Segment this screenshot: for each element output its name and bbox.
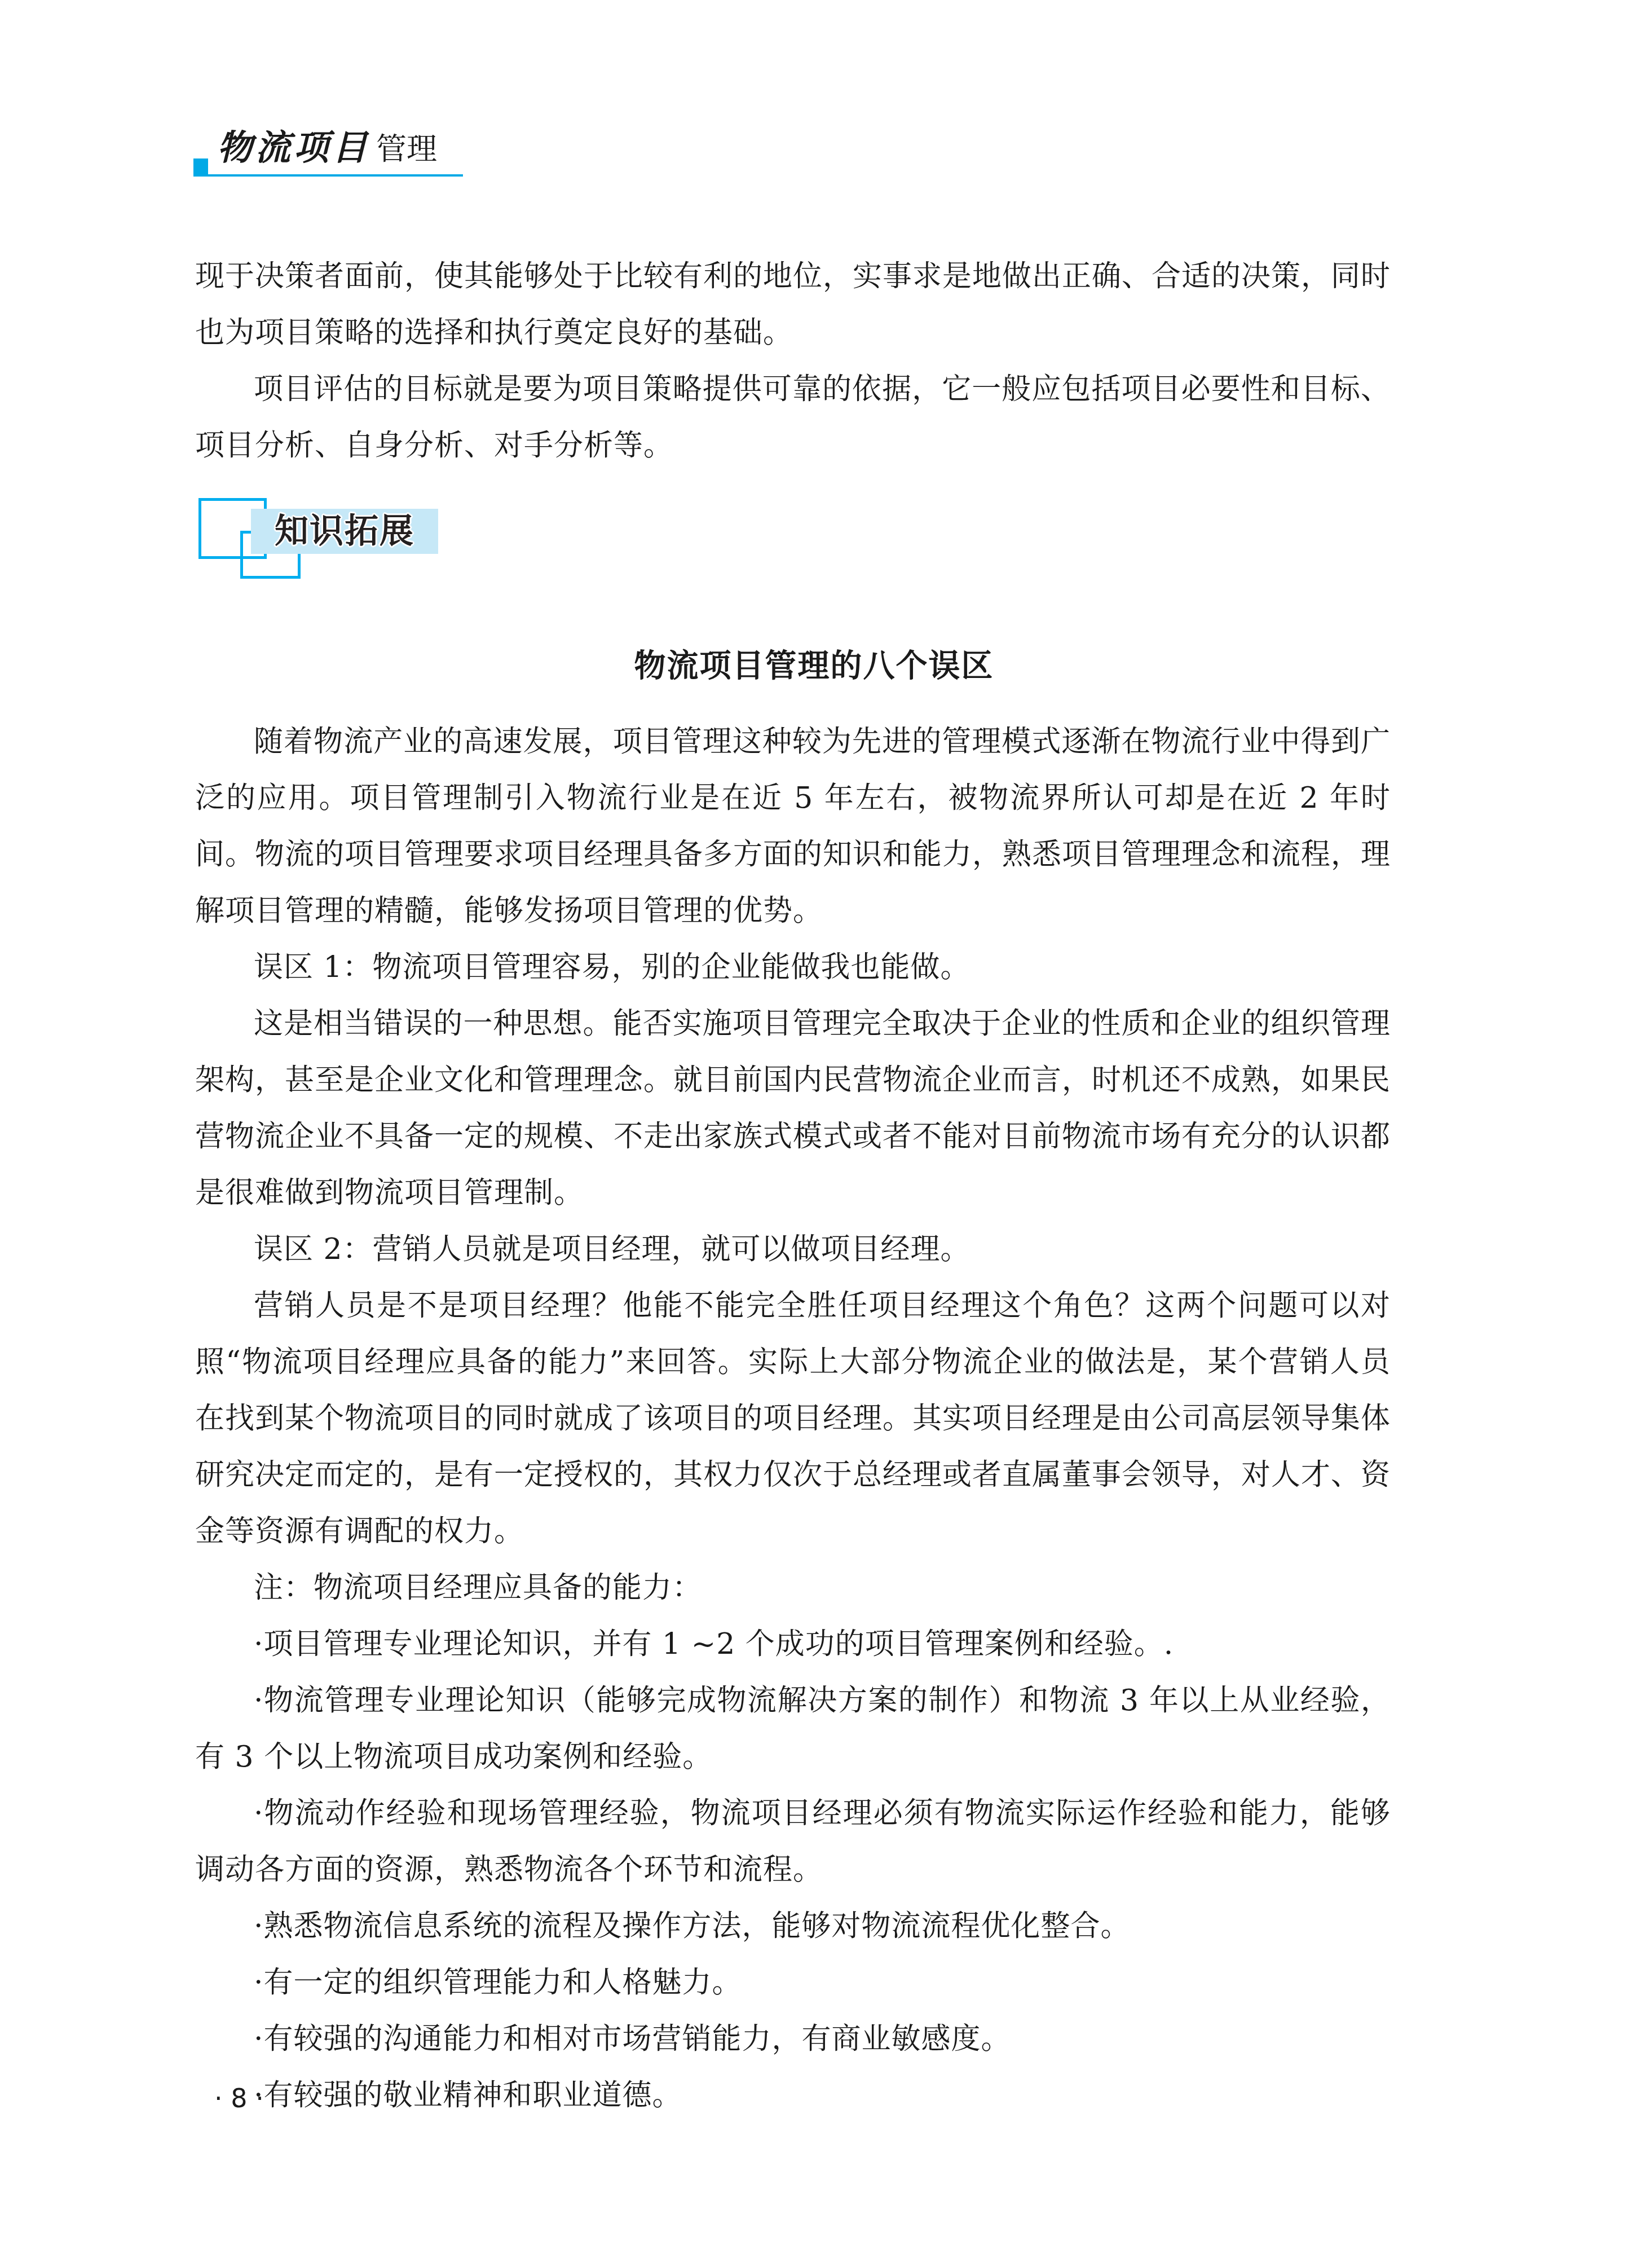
book-title: 物流项目管理: [217, 125, 437, 172]
intro-section: 现于决策者面前，使其能够处于比较有利的地位，实事求是地做出正确、合适的决策，同时…: [195, 248, 1391, 474]
ability-item: ·物流动作经验和现场管理经验，物流项目经理必须有物流实际运作经验和能力，能够调动…: [195, 1785, 1391, 1898]
book-title-plain: 管理: [376, 131, 437, 167]
ability-item: ·熟悉物流信息系统的流程及操作方法，能够对物流流程优化整合。: [195, 1898, 1391, 1954]
running-header: 物流项目管理: [193, 124, 464, 178]
knowledge-extension-badge: 知识拓展: [198, 498, 447, 580]
article-paragraph: 这是相当错误的一种思想。能否实施项目管理完全取决于企业的性质和企业的组织管理架构…: [195, 996, 1391, 1221]
ability-item: ·有较强的沟通能力和相对市场营销能力，有商业敏感度。: [195, 2011, 1391, 2067]
ability-item: ·项目管理专业理论知识，并有 1 ~2 个成功的项目管理案例和经验。.: [195, 1616, 1391, 1672]
intro-paragraph: 现于决策者面前，使其能够处于比较有利的地位，实事求是地做出正确、合适的决策，同时…: [195, 248, 1391, 361]
note-heading: 注：物流项目经理应具备的能力：: [195, 1560, 1391, 1616]
header-underline: [193, 174, 463, 177]
knowledge-extension-label: 知识拓展: [251, 509, 438, 554]
article-title: 物流项目管理的八个误区: [0, 640, 1628, 691]
intro-paragraph: 项目评估的目标就是要为项目策略提供可靠的依据，它一般应包括项目必要性和目标、项目…: [195, 361, 1391, 474]
ability-item: ·物流管理专业理论知识（能够完成物流解决方案的制作）和物流 3 年以上从业经验，…: [195, 1672, 1391, 1785]
misconception-2-heading: 误区 2：营销人员就是项目经理，就可以做项目经理。: [195, 1221, 1391, 1278]
book-title-calligraphy: 物流项目: [217, 127, 370, 168]
misconception-1-heading: 误区 1：物流项目管理容易，别的企业能做我也能做。: [195, 939, 1391, 996]
ability-item: ·有较强的敬业精神和职业道德。: [195, 2067, 1391, 2124]
ability-item: ·有一定的组织管理能力和人格魅力。: [195, 1954, 1391, 2011]
article-paragraph: 营销人员是不是项目经理？他能不能完全胜任项目经理这个角色？这两个问题可以对照“物…: [195, 1278, 1391, 1560]
header-accent-square: [193, 158, 208, 175]
page-number: · 8 ·: [214, 2081, 264, 2115]
article-paragraph: 随着物流产业的高速发展，项目管理这种较为先进的管理模式逐渐在物流行业中得到广泛的…: [195, 714, 1391, 939]
article-body: 随着物流产业的高速发展，项目管理这种较为先进的管理模式逐渐在物流行业中得到广泛的…: [195, 714, 1391, 2124]
